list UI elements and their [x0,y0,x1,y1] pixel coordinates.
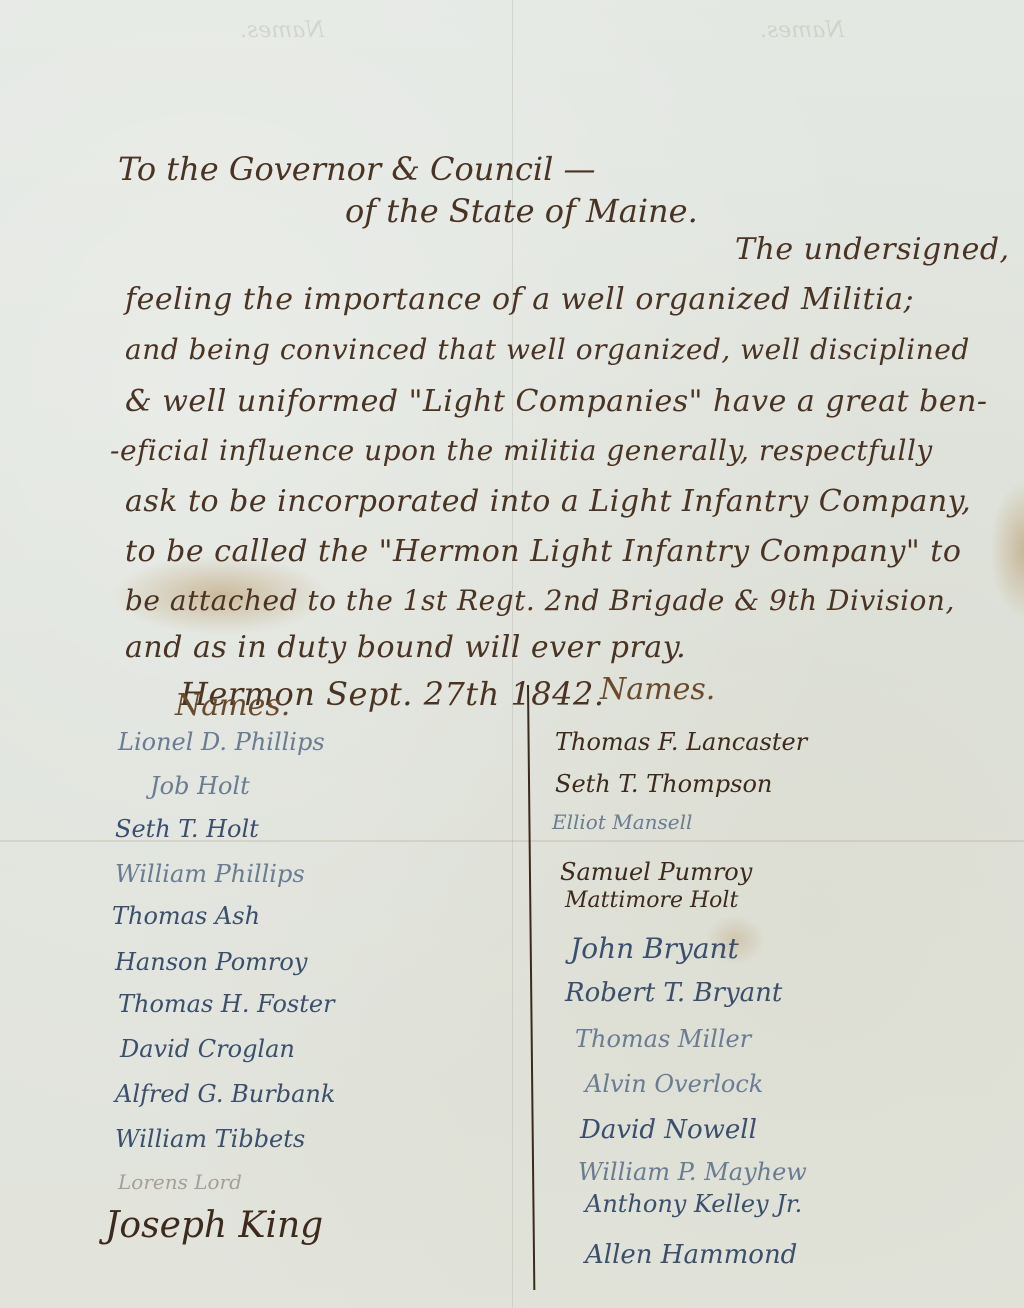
names-heading-left: Names. [175,688,290,723]
address-line-1: To the Governor & Council — [118,150,596,188]
column-divider [527,685,535,1290]
signature: David Croglan [120,1035,295,1063]
body-line: feeling the importance of a well organiz… [125,282,914,317]
signature: Job Holt [150,772,250,800]
signature: Seth T. Thompson [555,770,772,798]
body-line: & well uniformed "Light Companies" have … [125,384,988,419]
body-line: -eficial influence upon the militia gene… [110,434,933,467]
body-line: The undersigned, [735,232,1010,267]
signature: Thomas H. Foster [118,990,335,1018]
document-page: Names. Names. To the Governor & Council … [0,0,1024,1308]
signature: Lorens Lord [118,1170,242,1194]
signature: William P. Mayhew [578,1158,807,1186]
signature: Thomas F. Lancaster [555,728,807,756]
signature: Samuel Pumroy [560,858,752,886]
signature: Elliot Mansell [552,810,692,834]
body-line: ask to be incorporated into a Light Infa… [125,484,971,519]
body-line: to be called the "Hermon Light Infantry … [125,534,961,569]
body-line: and as in duty bound will ever pray. [125,630,686,665]
signature: William Tibbets [115,1125,305,1153]
signature: William Phillips [115,860,305,888]
signature: Hanson Pomroy [115,948,307,976]
signature: Seth T. Holt [115,815,259,843]
signature: Thomas Ash [112,902,260,930]
signature: Anthony Kelley Jr. [585,1190,802,1218]
body-line: and being convinced that well organized,… [125,333,970,366]
signature: Allen Hammond [585,1240,797,1270]
bleed-through-text: Names. [240,18,325,43]
signature: Robert T. Bryant [565,978,782,1008]
signature: Alfred G. Burbank [115,1080,335,1108]
ink-stain [990,480,1024,620]
signature: Mattimore Holt [565,888,738,913]
names-heading-right: Names. [600,672,715,707]
signature: David Nowell [580,1115,757,1145]
signature: Thomas Miller [575,1025,751,1053]
bleed-through-text: Names. [760,18,845,43]
body-line: be attached to the 1st Regt. 2nd Brigade… [125,584,955,617]
signature: John Bryant [570,932,739,965]
address-line-2: of the State of Maine. [345,192,698,230]
signature: Joseph King [105,1205,323,1246]
signature: Lionel D. Phillips [118,728,325,756]
signature: Alvin Overlock [585,1070,763,1098]
